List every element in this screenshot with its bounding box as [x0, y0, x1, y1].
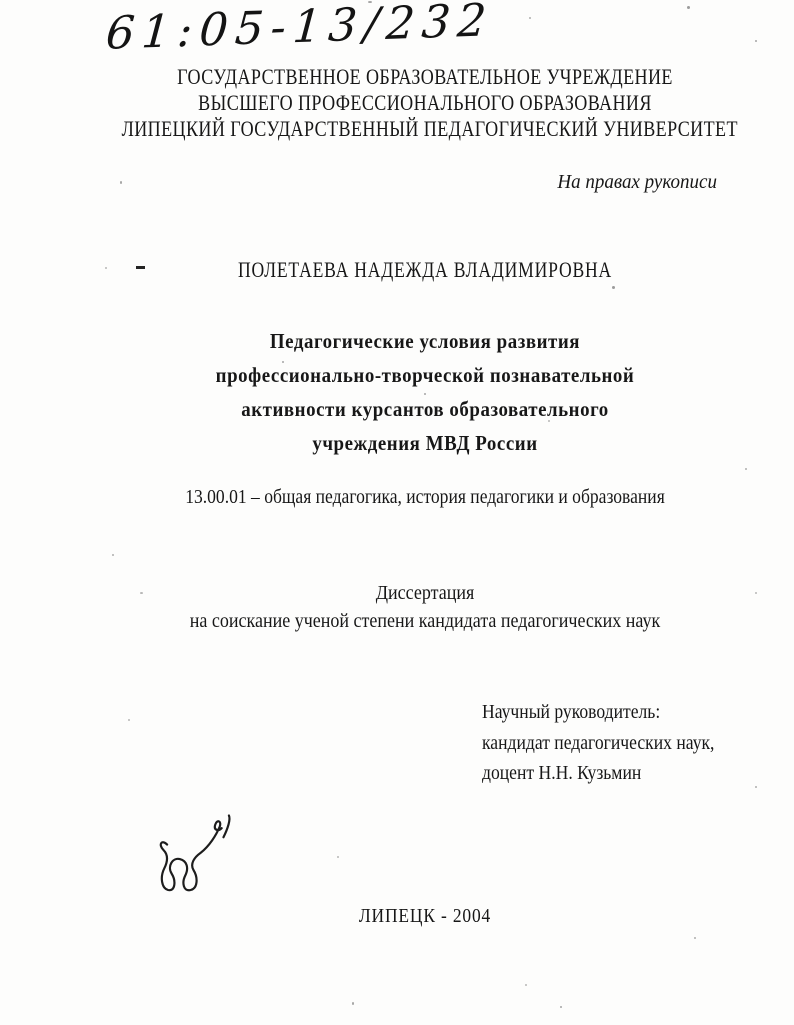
supervisor-degree: кандидат педагогических наук, [482, 728, 714, 759]
supervisor-heading: Научный руководитель: [482, 697, 714, 728]
dissertation-title-line-3: активности курсантов образовательного [92, 392, 758, 426]
scan-speck [140, 592, 143, 594]
supervisor-block: Научный руководитель: кандидат педагогич… [482, 697, 714, 789]
institution-line-2: ВЫСШЕГО ПРОФЕССИОНАЛЬНОГО ОБРАЗОВАНИЯ [122, 90, 729, 116]
thesis-type-line-2: на соискание ученой степени кандидата пе… [92, 607, 758, 635]
thesis-type-line-1: Диссертация [92, 579, 758, 607]
scan-speck [525, 984, 527, 986]
scan-speck [105, 267, 107, 269]
scan-speck [612, 286, 615, 289]
dissertation-title: Педагогические условия развития професси… [92, 324, 758, 460]
author-name: ПОЛЕТАЕВА НАДЕЖДА ВЛАДИМИРОВНА [129, 257, 721, 283]
scan-speck [687, 6, 690, 9]
scan-speck [755, 40, 757, 42]
dissertation-title-line-4: учреждения МВД России [92, 426, 758, 460]
specialty-code-line: 13.00.01 – общая педагогика, история пед… [92, 487, 758, 509]
scan-speck [755, 786, 757, 788]
dissertation-title-line-2: профессионально-творческой познавательно… [92, 358, 758, 392]
catalog-number-handwritten: 61:05-13/232 [104, 0, 495, 60]
scan-speck [368, 1, 372, 3]
supervisor-name: доцент Н.Н. Кузьмин [482, 758, 714, 789]
scan-speck [112, 554, 114, 556]
scan-speck [424, 393, 426, 395]
thesis-type-block: Диссертация на соискание ученой степени … [92, 579, 758, 635]
scan-speck [120, 181, 122, 184]
manuscript-rights-note: На правах рукописи [557, 171, 717, 194]
scan-speck [694, 937, 696, 939]
city-year: ЛИПЕЦК - 2004 [111, 905, 740, 928]
scan-speck [352, 1002, 354, 1005]
scan-speck [337, 856, 339, 858]
scan-speck [128, 719, 130, 721]
scan-speck [560, 1006, 562, 1008]
scan-speck [529, 17, 531, 19]
dissertation-title-line-1: Педагогические условия развития [92, 324, 758, 358]
scan-speck [745, 468, 747, 470]
scan-speck [548, 420, 550, 422]
dissertation-title-page: 61:05-13/232 ГОСУДАРСТВЕННОЕ ОБРАЗОВАТЕЛ… [0, 0, 794, 1025]
institution-line-1: ГОСУДАРСТВЕННОЕ ОБРАЗОВАТЕЛЬНОЕ УЧРЕЖДЕН… [122, 64, 729, 90]
institution-header: ГОСУДАРСТВЕННОЕ ОБРАЗОВАТЕЛЬНОЕ УЧРЕЖДЕН… [122, 64, 729, 142]
scan-speck [755, 592, 757, 594]
signature-scribble [148, 810, 248, 910]
institution-line-3: ЛИПЕЦКИЙ ГОСУДАРСТВЕННЫЙ ПЕДАГОГИЧЕСКИЙ … [122, 116, 729, 142]
scan-speck [282, 361, 284, 363]
